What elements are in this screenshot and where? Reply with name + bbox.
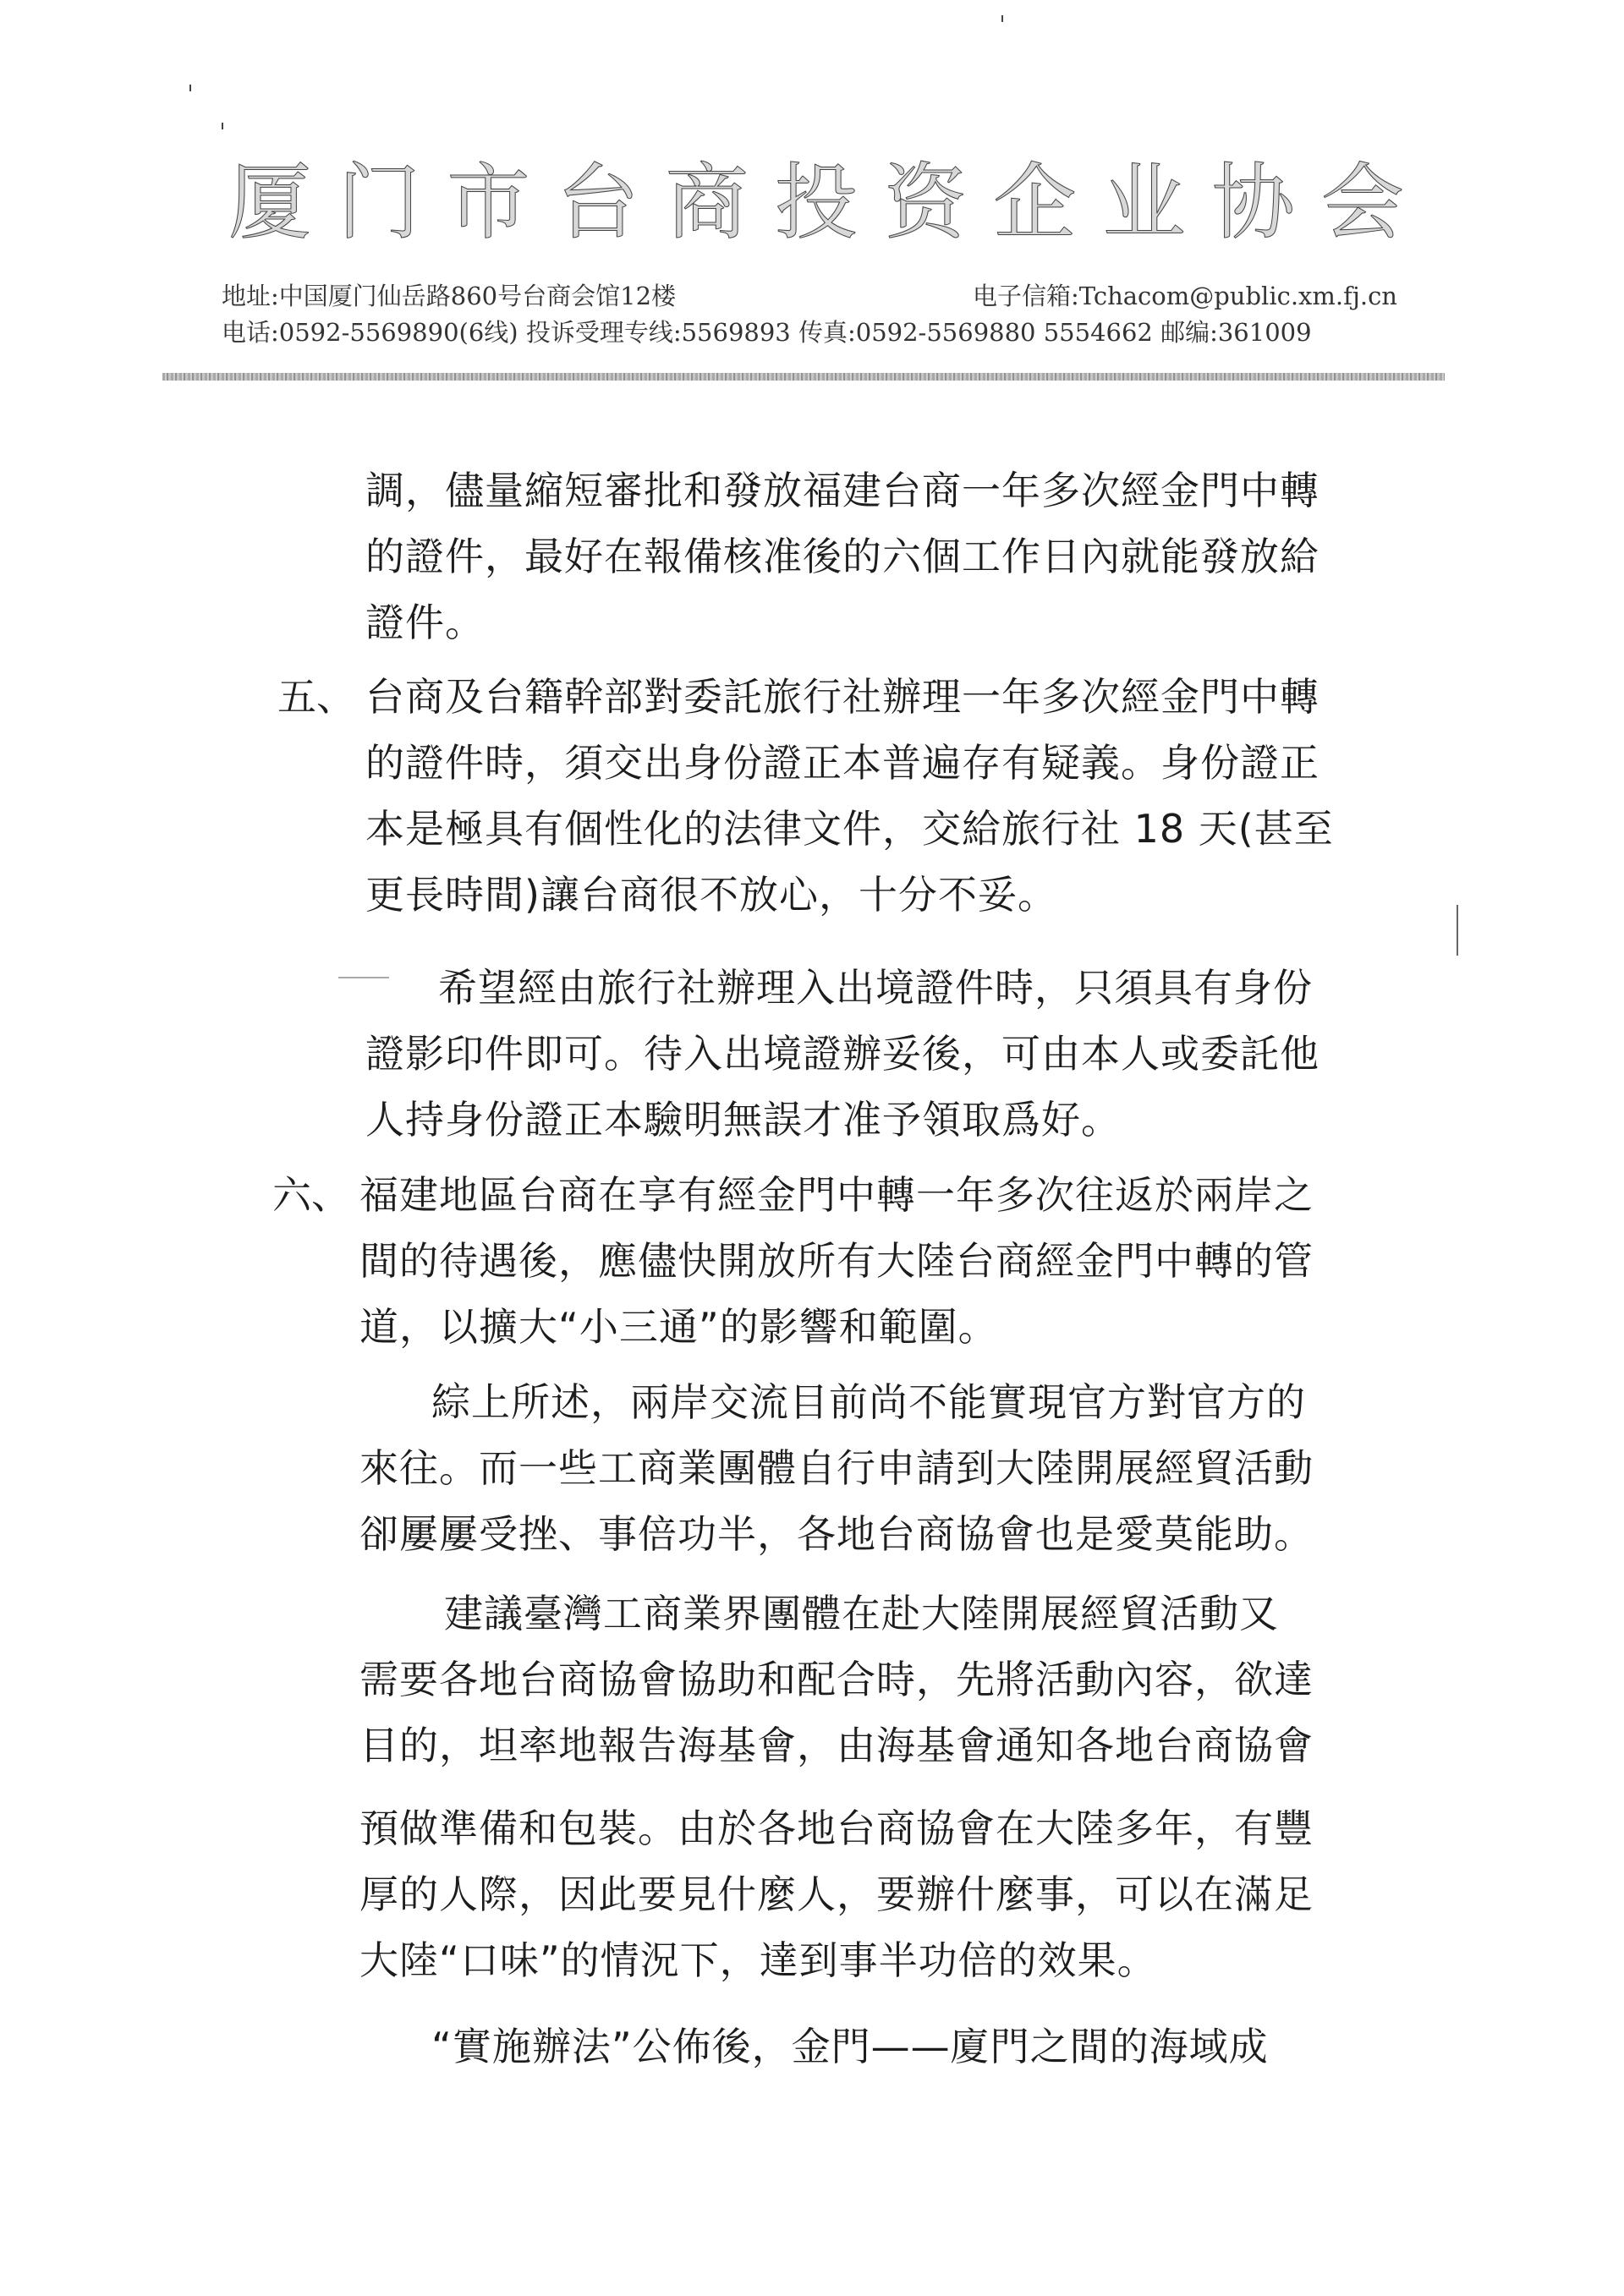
title-char: 厦	[228, 156, 311, 249]
scan-speck	[1457, 905, 1458, 956]
text-line: 預做準備和包裝。由於各地台商協會在大陸多年，有豐	[359, 1805, 1314, 1852]
text-line: 建議臺灣工商業界團體在赴大陸開展經貿活動又	[444, 1590, 1279, 1637]
title-char: 企	[993, 156, 1076, 249]
text-line: 福建地區台商在享有經金門中轉一年多次往返於兩岸之	[359, 1171, 1314, 1219]
letterhead-contact-row-1: 地址:中国厦门仙岳路860号台商会馆12楼 电子信箱:Tchacom@publi…	[222, 281, 1397, 311]
title-char: 台	[557, 156, 639, 249]
scan-speck	[189, 85, 191, 91]
text-line: 證影印件即可。待入出境證辦妥後，可由本人或委託他	[365, 1030, 1319, 1077]
text-line: 更長時間)讓台商很不放心，十分不妥。	[365, 871, 1057, 918]
scan-speck	[222, 123, 223, 129]
text-line: 台商及台籍幹部對委託旅行社辦理一年多次經金門中轉	[365, 673, 1319, 721]
title-char: 市	[447, 156, 529, 249]
title-char: 门	[337, 156, 420, 249]
text-line: 卻屢屢受挫、事倍功半，各地台商協會也是愛莫能助。	[359, 1510, 1314, 1558]
text-line: 厚的人際，因此要見什麼人，要辦什麼事，可以在滿足	[359, 1871, 1314, 1918]
text-line: 來往。而一些工商業團體自行申請到大陸開展經貿活動	[359, 1444, 1314, 1492]
list-marker-5: 五、	[277, 673, 355, 721]
letterhead-title: 厦 门 市 台 商 投 资 企 业 协 会	[228, 156, 1404, 249]
email-text: 电子信箱:Tchacom@public.xm.fj.cn	[973, 281, 1397, 311]
text-line: 人持身份證正本驗明無誤才准予領取爲好。	[365, 1096, 1121, 1143]
title-char: 资	[884, 156, 967, 249]
title-char: 协	[1212, 156, 1295, 249]
title-char: 商	[666, 156, 749, 249]
text-line: “實施辦法”公佈後，金門——廈門之間的海域成	[431, 2023, 1269, 2070]
text-line: 目的，坦率地報告海基會，由海基會通知各地台商協會	[359, 1722, 1314, 1769]
text-line: 證件。	[365, 599, 485, 646]
scan-speck	[338, 977, 389, 978]
address-text: 地址:中国厦门仙岳路860号台商会馆12楼	[222, 281, 676, 311]
text-line: 間的待遇後，應儘快開放所有大陸台商經金門中轉的管	[359, 1237, 1314, 1285]
text-line: 道，以擴大“小三通”的影響和範圍。	[359, 1303, 998, 1351]
text-line: 需要各地台商協會協助和配合時，先將活動內容，欲達	[359, 1656, 1314, 1703]
phone-text: 电话:0592-5569890(6线) 投诉受理专线:5569893 传真:05…	[222, 317, 1312, 348]
text-line: 的證件時，須交出身份證正本普遍存有疑義。身份證正	[365, 739, 1319, 786]
title-char: 会	[1321, 156, 1404, 249]
text-line: 本是極具有個性化的法律文件，交給旅行社 18 天(甚至	[365, 805, 1334, 852]
list-marker-6: 六、	[272, 1171, 350, 1219]
title-char: 业	[1103, 156, 1186, 249]
scan-speck	[1001, 15, 1003, 22]
text-line: 的證件，最好在報備核准後的六個工作日內就能發放給	[365, 533, 1319, 580]
title-char: 投	[775, 156, 858, 249]
text-line: 調，儘量縮短審批和發放福建台商一年多次經金門中轉	[365, 467, 1319, 514]
text-line: 大陸“口味”的情況下，達到事半功倍的效果。	[359, 1937, 1157, 1984]
text-line: 綜上所述，兩岸交流目前尚不能實現官方對官方的	[431, 1378, 1306, 1426]
letterhead-divider	[162, 373, 1445, 381]
text-line: 希望經由旅行社辦理入出境證件時，只須具有身份	[438, 964, 1313, 1011]
